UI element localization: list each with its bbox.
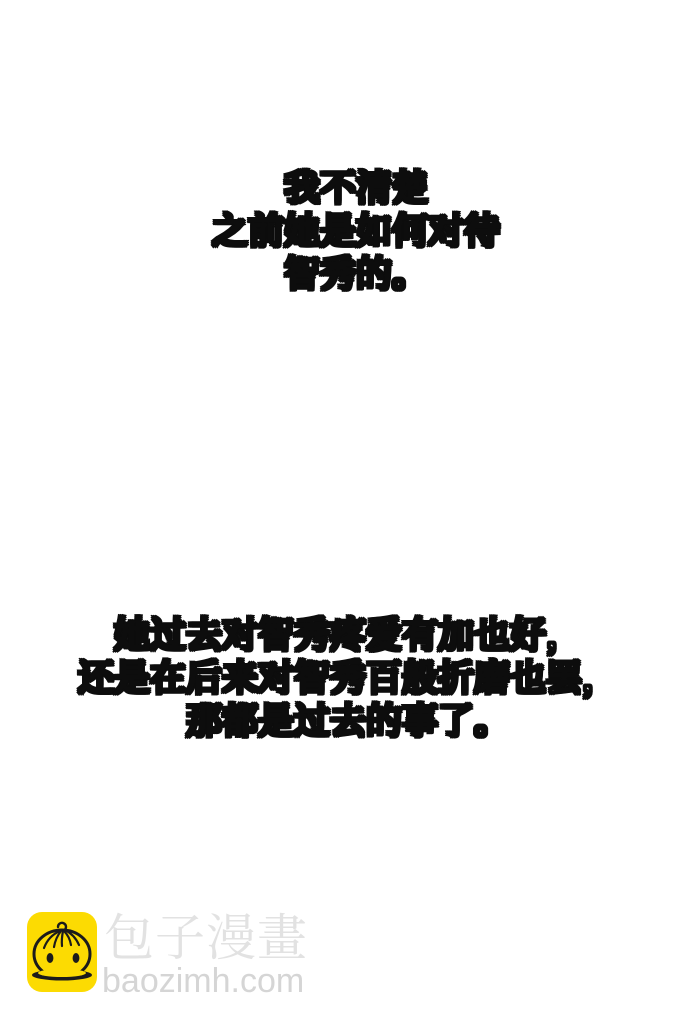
- narration-line: 我不清楚: [11, 166, 690, 209]
- narration-block-2: 她过去对智秀疼爱有加也好， 还是在后来对智秀百般折磨也罢， 那都是过去的事了。: [3, 613, 690, 742]
- watermark: 包子漫畫 baozimh.com: [27, 912, 308, 998]
- watermark-text: 包子漫畫 baozimh.com: [104, 912, 308, 998]
- narration-line: 智秀的。: [11, 252, 690, 295]
- narration-line: 之前她是如何对待: [11, 209, 690, 252]
- narration-block-1: 我不清楚 之前她是如何对待 智秀的。: [11, 166, 690, 295]
- narration-line: 还是在后来对智秀百般折磨也罢，: [3, 656, 690, 699]
- baozi-bun-icon: [27, 912, 97, 992]
- narration-line: 她过去对智秀疼爱有加也好，: [3, 613, 690, 656]
- watermark-site-name: 包子漫畫: [104, 912, 308, 964]
- comic-page: 我不清楚 之前她是如何对待 智秀的。 她过去对智秀疼爱有加也好， 还是在后来对智…: [0, 0, 690, 1021]
- narration-line: 那都是过去的事了。: [3, 699, 690, 742]
- watermark-site-url: baozimh.com: [102, 964, 308, 998]
